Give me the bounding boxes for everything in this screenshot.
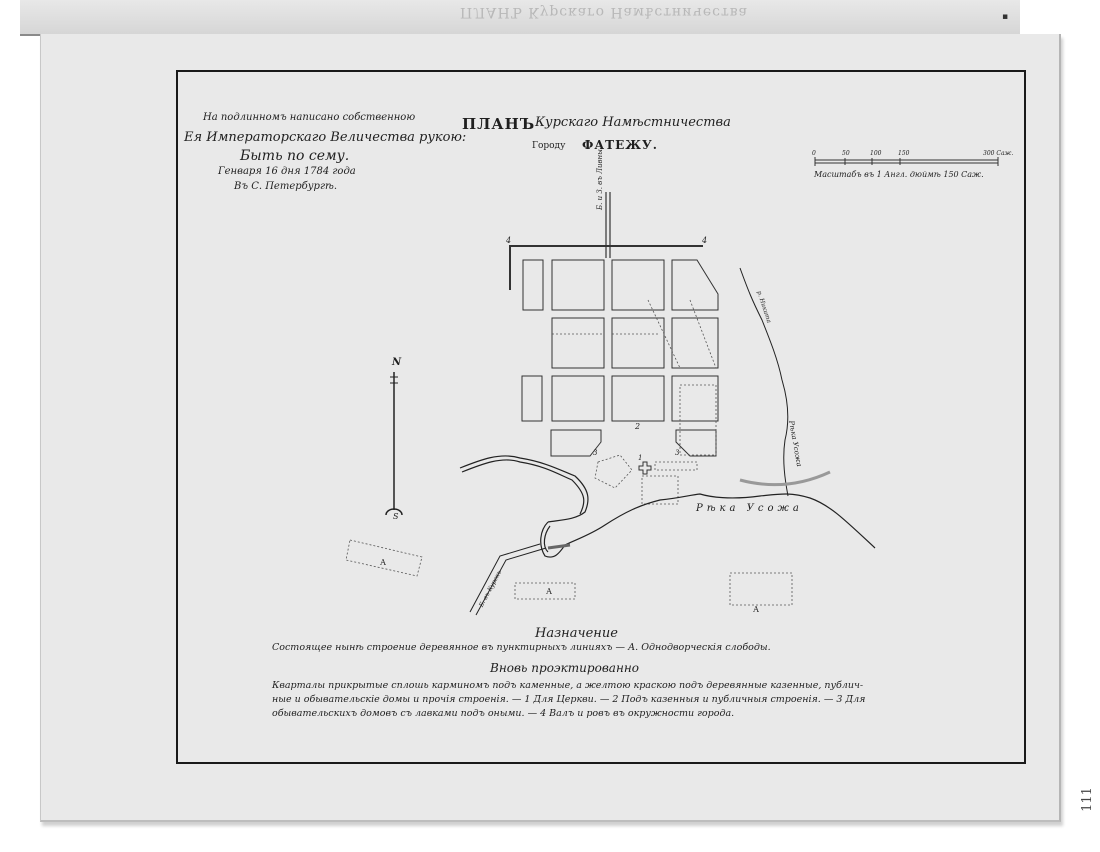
settlement-a-1: А xyxy=(380,558,386,567)
marker-3-right: 3 xyxy=(675,449,679,457)
compass-needle xyxy=(386,372,402,515)
scale-bar-graphic xyxy=(815,157,998,166)
existing-buildings-dotted xyxy=(552,300,716,504)
rampart-wall xyxy=(510,192,703,290)
marker-1: 1 xyxy=(638,454,642,462)
page-number: 111 xyxy=(1080,787,1095,812)
marker-2: 2 xyxy=(635,422,640,431)
road-north-label: Б. и З. въ Ливны xyxy=(596,149,604,210)
town-plan-drawing xyxy=(0,0,1100,852)
marker-4-right: 4 xyxy=(702,236,707,245)
marker-3-left: 3 xyxy=(593,449,597,457)
town-blocks xyxy=(522,260,718,456)
legend-line-2: ные и обывательскiе домы и прочiя строен… xyxy=(272,694,865,705)
settlement-a-3: А xyxy=(753,605,759,614)
legend-new-heading: Вновь проэктированно xyxy=(490,661,639,675)
church-marker xyxy=(639,462,651,474)
legend-line-3: обывательскихъ домовъ съ лавками подъ он… xyxy=(272,708,734,719)
legend-heading: Назначение xyxy=(535,626,618,641)
rivers xyxy=(460,268,875,615)
legend-line-1: Кварталы прикрытые сплошь карминомъ подъ… xyxy=(272,680,863,691)
marker-4-left: 4 xyxy=(506,236,511,245)
block xyxy=(523,260,543,310)
settlement-a-2: А xyxy=(546,587,552,596)
settlements xyxy=(346,540,792,605)
river-usozha-label: Рѣка Усожа xyxy=(696,503,803,514)
legend-existing: Состоящее нынѣ строение деревянное въ пу… xyxy=(272,642,771,653)
